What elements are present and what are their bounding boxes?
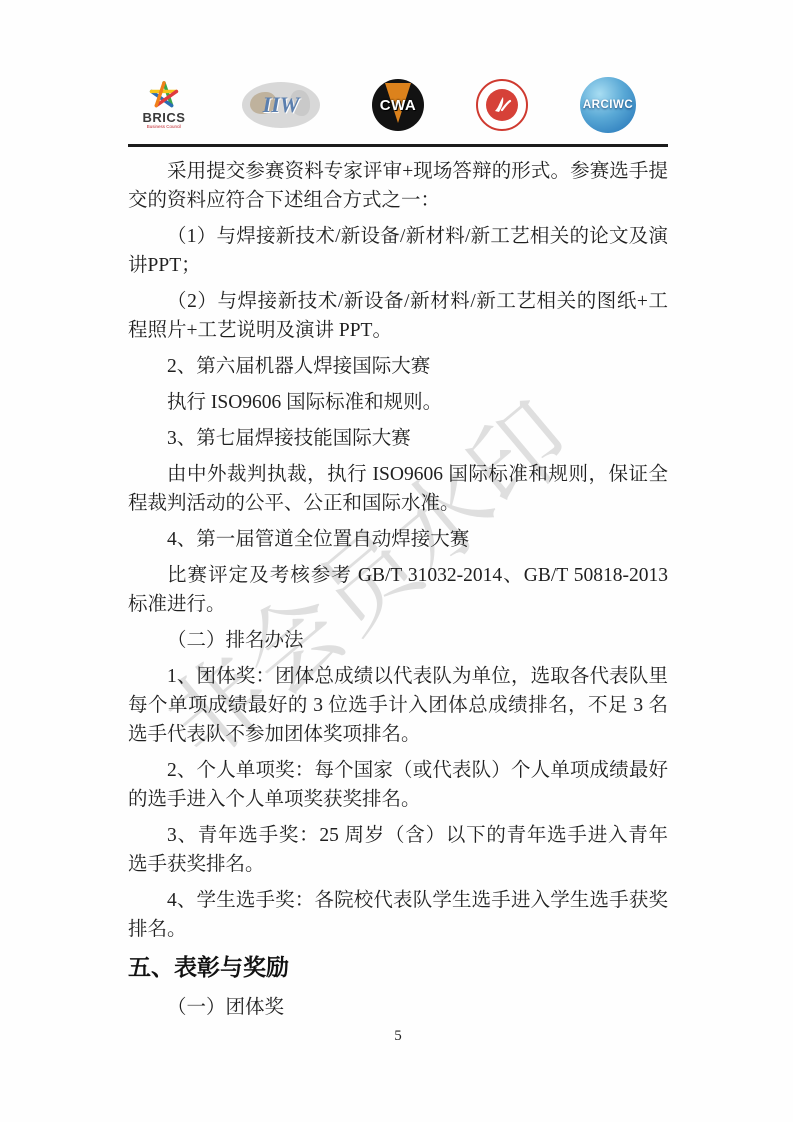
- paragraph: 2、个人单项奖：每个国家（或代表队）个人单项成绩最好的选手进入个人单项奖获奖排名…: [128, 756, 668, 814]
- paragraph: 执行 ISO9606 国际标准和规则。: [128, 388, 668, 417]
- arciwc-wordmark: ARCIWC: [583, 99, 633, 111]
- content-column: BRICS Business Council IIW CWA: [128, 0, 668, 1029]
- section-heading: 五、表彰与奖励: [128, 951, 668, 985]
- paragraph: （二）排名办法: [128, 626, 668, 655]
- seal-ring-icon: [476, 79, 528, 131]
- paragraph: 3、第七届焊接技能国际大赛: [128, 424, 668, 453]
- paragraph: （一）团体奖: [128, 993, 668, 1022]
- paragraph: （1）与焊接新技术/新设备/新材料/新工艺相关的论文及演讲PPT；: [128, 222, 668, 280]
- iiw-logo: IIW: [242, 82, 320, 128]
- header-logos-row: BRICS Business Council IIW CWA: [128, 76, 668, 134]
- paragraph: 3、青年选手奖：25 周岁（含）以下的青年选手进入青年选手获奖排名。: [128, 821, 668, 879]
- iiw-wordmark: IIW: [263, 92, 300, 118]
- seal-glyph-icon: [490, 93, 514, 117]
- seal-core-icon: [486, 89, 518, 121]
- arciwc-logo: ARCIWC: [580, 77, 636, 133]
- brics-subtitle: Business Council: [147, 124, 182, 130]
- paragraph: 由中外裁判执裁，执行 ISO9606 国际标准和规则，保证全程裁判活动的公平、公…: [128, 460, 668, 518]
- cwa-logo: CWA: [372, 79, 424, 131]
- paragraph: 1、团体奖：团体总成绩以代表队为单位，选取各代表队里每个单项成绩最好的 3 位选…: [128, 662, 668, 749]
- welding-society-seal-logo: [476, 79, 528, 131]
- document-page: 非会员水印 BRICS Business Council: [0, 0, 793, 1122]
- brics-logo: BRICS Business Council: [138, 80, 190, 130]
- cwa-wordmark: CWA: [380, 97, 417, 114]
- paragraph: 2、第六届机器人焊接国际大赛: [128, 352, 668, 381]
- page-number: 5: [128, 1028, 668, 1045]
- iiw-globe-icon: IIW: [242, 82, 320, 128]
- paragraph: 采用提交参赛资料专家评审+现场答辩的形式。参赛选手提交的资料应符合下述组合方式之…: [128, 157, 668, 215]
- arciwc-globe-icon: ARCIWC: [580, 77, 636, 133]
- paragraph: （2）与焊接新技术/新设备/新材料/新工艺相关的图纸+工程照片+工艺说明及演讲 …: [128, 287, 668, 345]
- paragraph: 4、第一届管道全位置自动焊接大赛: [128, 525, 668, 554]
- brics-star-icon: [147, 80, 181, 110]
- paragraph: 比赛评定及考核参考 GB/T 31032-2014、GB/T 50818-201…: [128, 561, 668, 619]
- paragraph: 4、学生选手奖：各院校代表队学生选手进入学生选手获奖排名。: [128, 886, 668, 944]
- document-body: 采用提交参赛资料专家评审+现场答辩的形式。参赛选手提交的资料应符合下述组合方式之…: [128, 147, 668, 1022]
- brics-wordmark: BRICS: [143, 111, 186, 124]
- cwa-emblem-icon: CWA: [372, 79, 424, 131]
